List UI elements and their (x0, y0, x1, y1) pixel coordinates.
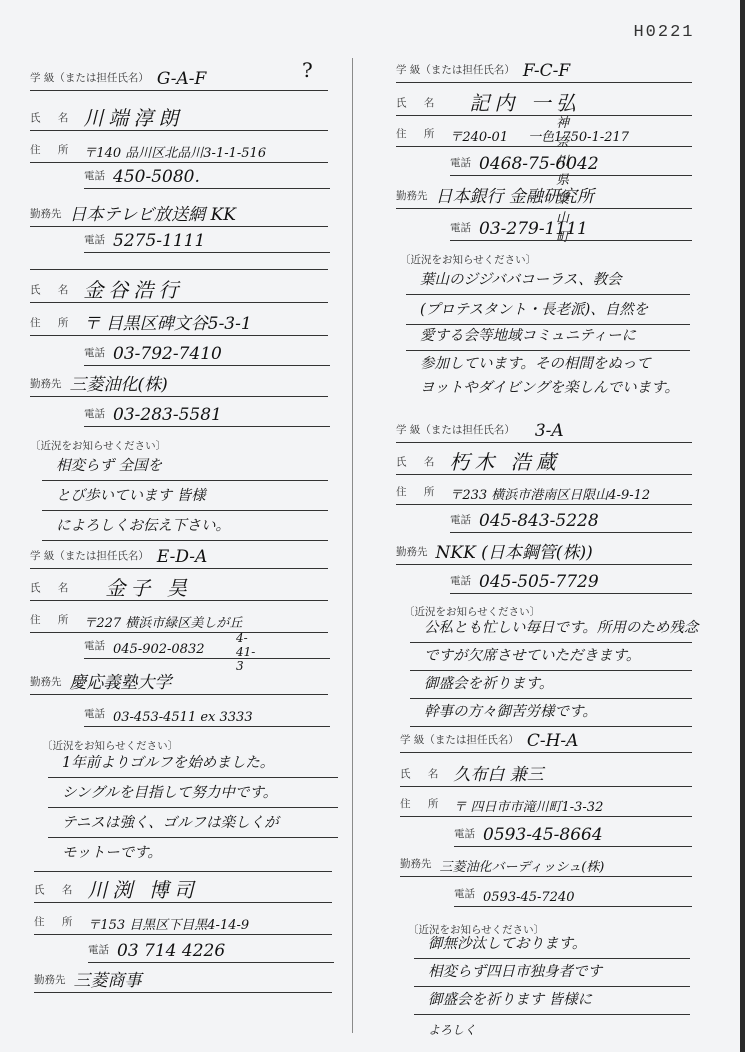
workplace-label: 勤務先 (396, 188, 428, 208)
phone-label: 電話 (84, 168, 105, 188)
phone-row: 電話 0468-75-6042 (450, 145, 692, 176)
name-label: 氏 名 (34, 882, 79, 902)
name-value: 朽木 浩蔵 (441, 452, 560, 474)
phone-row: 電話 045-902-0832 (84, 628, 330, 659)
class-value: 3-A (515, 423, 564, 442)
work-phone-row: 電話 03-283-5581 (84, 396, 330, 427)
work-phone-label: 電話 (450, 220, 471, 240)
phone-label: 電話 (84, 345, 105, 365)
news-line: 愛する会等地域コミュニティーに (406, 322, 690, 351)
phone-value: 0468-75-6042 (471, 156, 599, 175)
name-row: 氏 名 記内 一弘 (396, 85, 692, 116)
workplace-label: 勤務先 (30, 376, 62, 396)
work-phone-label: 電話 (84, 406, 105, 426)
address-label: 住 所 (400, 796, 445, 816)
work-phone-row: 電話 0593-45-7240 (454, 876, 692, 907)
name-label: 氏 名 (30, 110, 75, 130)
workplace-value: 慶応義塾大学 (62, 675, 172, 694)
name-row: 氏 名 金子 昊 (30, 570, 328, 601)
phone-label: 電話 (84, 638, 105, 658)
class-row: 学 級（または担任氏名） C-H-A (400, 722, 692, 753)
address-value: 〒 四日市市滝川町1-3-32 (445, 801, 603, 816)
recent-news-heading: 〔近況をお知らせください〕 (400, 252, 536, 267)
address-row: 住 所 〒153 目黒区下目黒4-14-9 (34, 904, 332, 935)
workplace-label: 勤務先 (30, 674, 62, 694)
workplace-row: 勤務先 三菱油化バーディッシュ(株) (400, 846, 692, 877)
workplace-value: NKK (日本鋼管(株)) (428, 545, 593, 564)
class-label: 学 級（または担任氏名） (30, 70, 149, 90)
name-value: 川渕 博司 (79, 880, 198, 902)
workplace-row: 勤務先 三菱商事 (34, 962, 332, 993)
class-row: 学 級（または担任氏名） E-D-A (30, 538, 328, 569)
name-row: 氏 名 金谷浩行 (30, 272, 328, 303)
work-phone-value: 03-279-1111 (471, 221, 588, 240)
address-right-bottom: 一色1750-1-217 (508, 131, 629, 146)
name-label: 氏 名 (396, 454, 441, 474)
workplace-row: 勤務先 三菱油化(株) (30, 366, 328, 397)
phone-label: 電話 (454, 826, 475, 846)
news-line: 御盛会を祈ります 皆様に (414, 986, 690, 1015)
news-line: 葉山のジジババコーラス、教会 (406, 266, 690, 295)
name-label: 氏 名 (400, 766, 445, 786)
work-phone-row: 電話 03-453-4511 ex 3333 (84, 696, 330, 727)
phone-label: 電話 (88, 942, 109, 962)
news-line: によろしくお伝え下さい。 (42, 512, 328, 541)
class-label: 学 級（または担任氏名） (400, 732, 519, 752)
work-phone-row: 電話 045-505-7729 (450, 563, 692, 594)
class-label: 学 級（または担任氏名） (30, 548, 149, 568)
phone-value: 0593-45-8664 (475, 827, 603, 846)
news-line: 1年前よりゴルフを始めました。 (48, 749, 338, 778)
phone-row: 電話 450-5080. (84, 158, 330, 189)
address-row: 住 所 〒 四日市市滝川町1-3-32 (400, 786, 692, 817)
name-label: 氏 名 (30, 282, 75, 302)
address-label: 住 所 (396, 126, 441, 146)
phone-row: 電話 03 714 4226 (88, 932, 334, 963)
name-label: 氏 名 (30, 580, 75, 600)
address-label: 住 所 (30, 612, 75, 632)
name-value: 金子 昊 (75, 578, 191, 600)
class-row-empty (34, 844, 332, 872)
workplace-row: 勤務先 NKK (日本鋼管(株)) (396, 534, 692, 565)
work-phone-value: 0593-45-7240 (475, 891, 575, 906)
news-line: 公私とも忙しい毎日です。所用のため残念 (410, 614, 692, 643)
news-line: とび歩いています 皆様 (42, 482, 328, 511)
workplace-row: 勤務先 日本銀行 金融研究所 (396, 178, 692, 209)
news-line: テニスは強く、ゴルフは楽しくが (48, 809, 338, 838)
workplace-value: 日本銀行 金融研究所 (428, 189, 594, 208)
class-row: 学 級（または担任氏名） F-C-F (396, 52, 692, 83)
phone-label: 電話 (450, 155, 471, 175)
news-line: 御盛会を祈ります。 (410, 670, 692, 699)
workplace-label: 勤務先 (396, 544, 428, 564)
news-line: よろしく (414, 1016, 690, 1044)
work-phone-value: 03-453-4511 ex 3333 (105, 711, 253, 726)
work-phone-value: 5275-1111 (105, 233, 205, 252)
class-label: 学 級（または担任氏名） (396, 422, 515, 442)
class-value: F-C-F (515, 63, 570, 82)
separator-line (30, 268, 328, 270)
work-phone-label: 電話 (84, 706, 105, 726)
work-phone-value: 03-283-5581 (105, 407, 222, 426)
class-value: E-D-A (149, 549, 207, 568)
workplace-label: 勤務先 (400, 856, 432, 876)
address-row: 住 所 〒 目黒区碑文谷5-3-1 (30, 305, 328, 336)
name-value: 久布白 兼三 (445, 767, 543, 786)
name-row: 氏 名 久布白 兼三 (400, 756, 692, 787)
name-value: 金谷浩行 (75, 280, 183, 302)
address-value: 〒240-01 (441, 131, 508, 146)
phone-value: 03 714 4226 (109, 943, 225, 962)
document-id: H0221 (625, 20, 703, 46)
address-label: 住 所 (30, 142, 75, 162)
class-value: C-H-A (519, 733, 579, 752)
question-mark-annotation: ? (302, 58, 313, 82)
news-line: ヨットやダイビングを楽しんでいます。 (406, 374, 690, 402)
phone-value: 450-5080. (105, 169, 200, 188)
scan-edge (740, 0, 745, 1052)
news-line: 相変らず 全国を (42, 452, 328, 481)
work-phone-label: 電話 (450, 573, 471, 593)
class-label: 学 級（または担任氏名） (396, 62, 515, 82)
phone-row: 電話 03-792-7410 (84, 335, 330, 366)
news-line: ですが欠席させていただきます。 (410, 642, 692, 671)
class-value: G-A-F (149, 71, 206, 90)
work-phone-value: 045-505-7729 (471, 574, 599, 593)
name-row: 氏 名 朽木 浩蔵 (396, 444, 692, 475)
address-row: 住 所 〒240-01 一色1750-1-217 (396, 116, 692, 147)
phone-value: 03-792-7410 (105, 346, 222, 365)
class-row: 学 級（または担任氏名） 3-A (396, 412, 692, 443)
workplace-value: 三菱油化(株) (62, 377, 168, 396)
news-line: シングルを目指して努力中です。 (48, 779, 338, 808)
class-row: 学 級（または担任氏名） G-A-F (30, 60, 328, 91)
phone-value: 045-843-5228 (471, 513, 599, 532)
name-row: 氏 名 川端淳朗 (30, 100, 328, 131)
phone-row: 電話 045-843-5228 (450, 502, 692, 533)
news-line: 御無沙汰しております。 (414, 930, 690, 959)
phone-row: 電話 0593-45-8664 (454, 816, 692, 847)
workplace-row: 勤務先 慶応義塾大学 (30, 664, 328, 695)
name-label: 氏 名 (396, 95, 441, 115)
work-phone-row: 電話 03-279-1111 (450, 210, 692, 241)
news-line: (プロテスタント・長老派)、自然を (406, 296, 690, 325)
address-label: 住 所 (34, 914, 79, 934)
workplace-label: 勤務先 (34, 972, 66, 992)
name-row: 氏 名 川渕 博司 (34, 872, 332, 903)
workplace-value: 三菱商事 (66, 973, 142, 992)
news-line: 相変らず四日市独身者です (414, 958, 690, 987)
phone-value: 045-902-0832 (105, 643, 205, 658)
work-phone-label: 電話 (454, 886, 475, 906)
name-value: 川端淳朗 (75, 108, 183, 130)
address-row: 住 所 〒233 横浜市港南区日限山4-9-12 (396, 474, 692, 505)
phone-label: 電話 (450, 512, 471, 532)
address-label: 住 所 (396, 484, 441, 504)
work-phone-row: 電話 5275-1111 (84, 222, 330, 253)
column-divider (352, 58, 353, 1033)
recent-news-heading: 〔近況をお知らせください〕 (30, 438, 166, 453)
address-value: 〒 目黒区碑文谷5-3-1 (75, 316, 251, 335)
address-label: 住 所 (30, 315, 75, 335)
work-phone-label: 電話 (84, 232, 105, 252)
workplace-label: 勤務先 (30, 206, 62, 226)
workplace-value: 三菱油化バーディッシュ(株) (432, 861, 605, 876)
